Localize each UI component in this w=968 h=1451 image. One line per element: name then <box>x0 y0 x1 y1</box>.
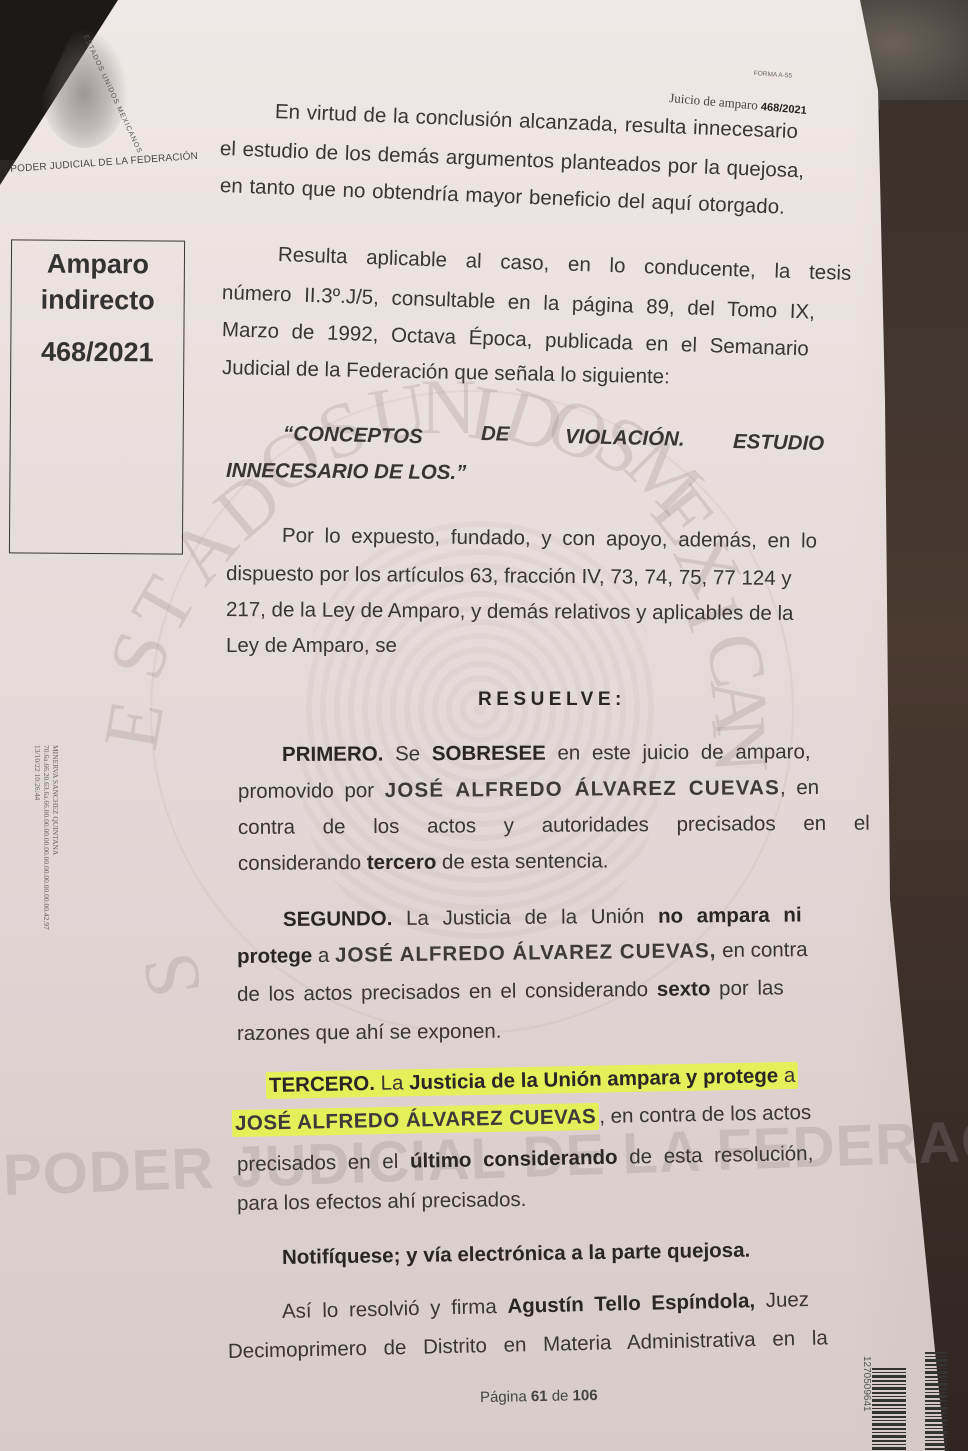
page-of: de <box>552 1387 569 1404</box>
page-current: 61 <box>531 1388 548 1405</box>
running-head-number: 468/2021 <box>760 101 807 117</box>
stamp-serial: 70.6a.66.20.63.6a.66.00.00.00.00.00.00.0… <box>42 745 51 985</box>
page-label: Página <box>480 1388 527 1406</box>
paragraph-3-line: Ley de Amparo, se <box>226 634 397 658</box>
text: por las <box>719 976 784 1000</box>
text: a <box>318 944 330 967</box>
judge-name: Agustín Tello Espíndola, <box>507 1289 755 1318</box>
text-bold: sexto <box>657 977 711 1001</box>
text: a <box>784 1064 796 1087</box>
text-bold: tercero <box>367 851 437 874</box>
text: , en contra de los actos <box>599 1101 811 1128</box>
quote-word: ESTUDIO <box>733 430 825 456</box>
text-bold: protege <box>237 944 312 968</box>
case-type-line1: Amparo <box>12 248 184 280</box>
case-number: 468/2021 <box>11 336 183 368</box>
case-box: Amparo indirecto 468/2021 <box>9 239 185 554</box>
primero-line-3: contra de los actos y autoridades precis… <box>238 812 870 840</box>
primero-line-4: considerando tercero de esta sentencia. <box>238 849 609 876</box>
text-bold: Justicia de la Unión ampara y protege <box>409 1064 778 1094</box>
page-number: Página 61 de 106 <box>480 1387 598 1406</box>
text-bold: no ampara ni <box>658 903 802 927</box>
text: promovido por <box>238 779 374 803</box>
segundo-line-4: razones que ahí se exponen. <box>237 1020 502 1046</box>
stamp-name: MINERVA SANCHEZ QUINTANA <box>51 745 60 985</box>
stamp-timestamp: 13/10/22 10:26:44 <box>33 745 42 985</box>
primero-label: PRIMERO. <box>282 742 383 766</box>
primero-line-1: PRIMERO. Se SOBRESEE en este juicio de a… <box>282 740 811 767</box>
text: considerando <box>238 851 361 875</box>
text: La Justicia de la Unión <box>406 905 644 930</box>
segundo-line-1: SEGUNDO. La Justicia de la Unión no ampa… <box>283 903 802 932</box>
barcode-icon <box>925 1352 947 1451</box>
text: Así lo resolvió y firma <box>282 1295 497 1323</box>
text-bold: SOBRESEE <box>432 742 546 766</box>
text: de esta sentencia. <box>442 849 609 873</box>
segundo-label: SEGUNDO. <box>283 907 393 931</box>
text: precisados en el <box>237 1150 399 1176</box>
primero-line-2: promovido por JOSÉ ALFREDO ÁLVAREZ CUEVA… <box>238 776 819 804</box>
electronic-signature-stamp: MINERVA SANCHEZ QUINTANA 70.6a.66.20.63.… <box>33 745 60 985</box>
text: de los actos precisados en el consideran… <box>237 978 648 1006</box>
text: Se <box>395 742 420 765</box>
quote-word: VIOLACIÓN. <box>565 425 685 452</box>
text: en contra <box>722 938 808 962</box>
party-name: JOSÉ ALFREDO ÁLVAREZ CUEVAS <box>385 776 780 802</box>
paragraph-3-line: 217, de la Ley de Amparo, y demás relati… <box>226 598 794 626</box>
resolutions-heading: RESUELVE: <box>478 689 626 711</box>
quote-word: DE <box>481 422 510 447</box>
page-total: 106 <box>572 1387 597 1404</box>
text: , en <box>780 776 819 799</box>
quote-word: INNECESARIO DE LOS.” <box>226 459 467 485</box>
party-name: JOSÉ ALFREDO ÁLVAREZ CUEVAS, <box>335 939 717 967</box>
text: La <box>380 1071 403 1094</box>
case-type-line2: indirecto <box>12 284 184 316</box>
barcode-icon <box>872 1368 906 1451</box>
barcode-number: 1270509641 <box>861 1356 872 1412</box>
text: en este juicio de amparo, <box>557 740 810 764</box>
text: Juez <box>765 1288 809 1312</box>
paragraph-3-line: dispuesto por los artículos 63, fracción… <box>226 562 792 591</box>
text: de esta resolución, <box>629 1142 813 1169</box>
quote-word: “CONCEPTOS <box>283 422 423 449</box>
tercero-label: TERCERO. <box>269 1072 375 1097</box>
tercero-line-4: para los efectos ahí precisados. <box>237 1188 527 1216</box>
text-bold: último considerando <box>410 1146 618 1173</box>
